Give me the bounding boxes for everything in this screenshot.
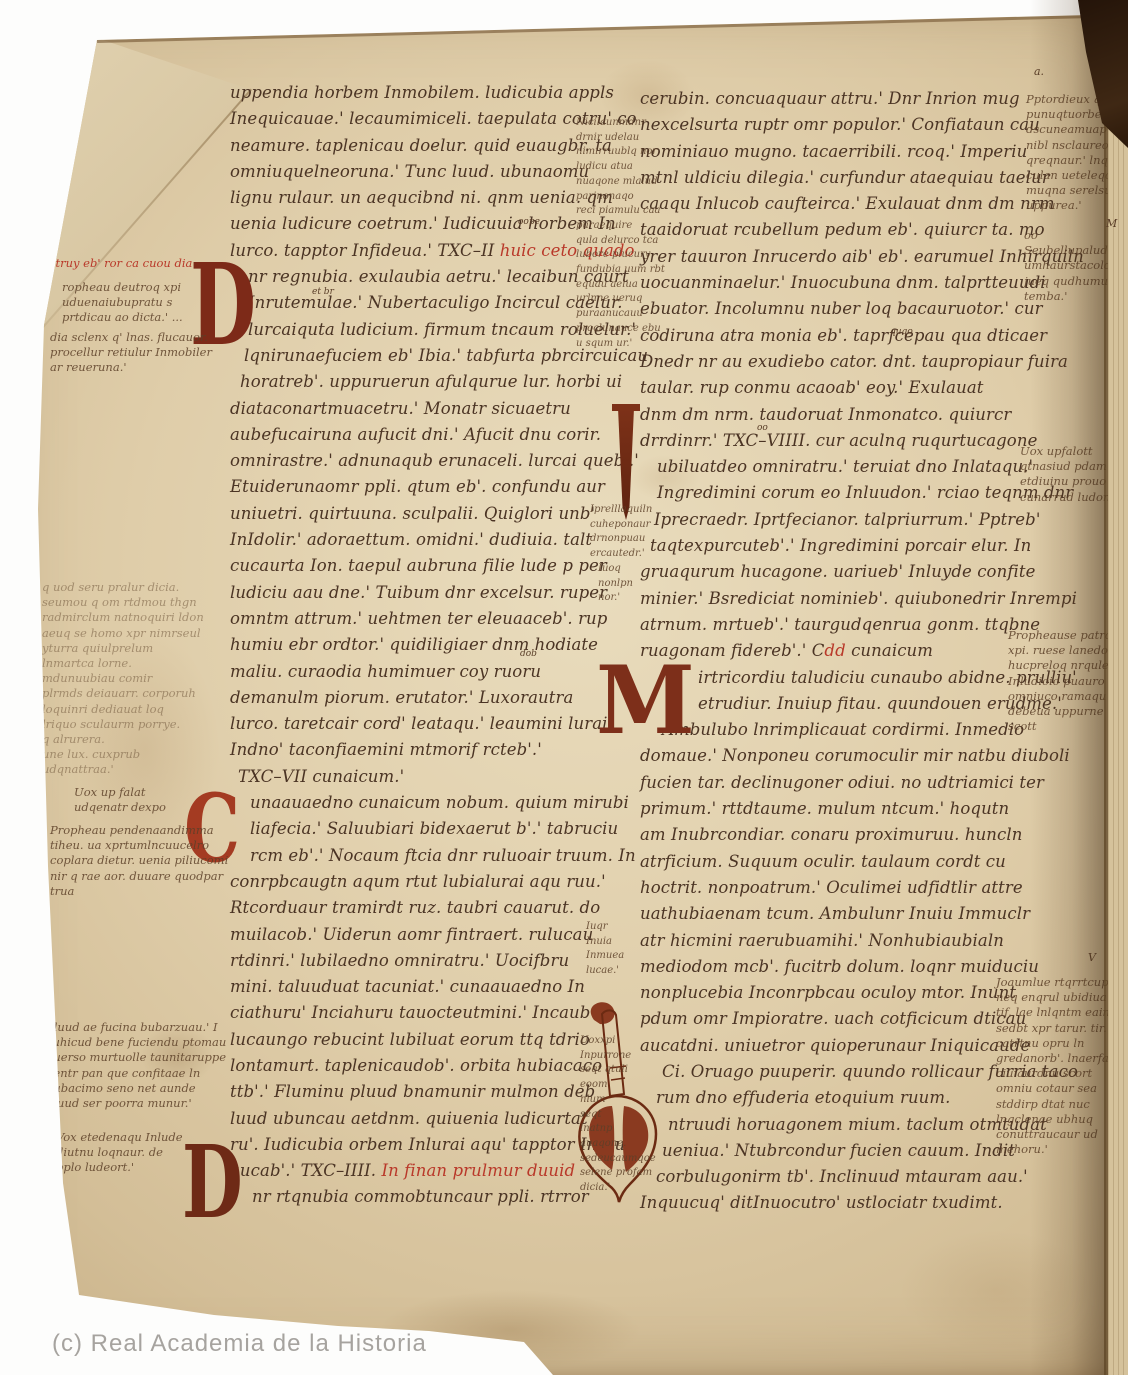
gloss-line: attruy eb' ror ca cuou dia [44,256,192,271]
intercolumn-gloss: UoxxpiInpurroneseqt qtulieoomniumseqtlna… [580,1034,656,1196]
gloss-line: puraequire [576,219,665,234]
text-line: atrnum. mrtueb'.' taurgudqenrua gonm. tt… [640,612,1020,638]
text-line: dnm dm nrm. taudoruat Inmonatco. quiurcr [640,402,1020,428]
interlinear-mark: oope [518,216,540,228]
gloss-line: lubore plucury [576,248,665,263]
gloss-line: puerso murtuolle taunitaruppe [46,1050,226,1065]
gloss-line: selene profam [580,1166,656,1181]
text-line: codiruna atra monia eb'. taprfcepau qua … [640,323,1020,349]
gloss-line: prtdicau ao dicta.' ... [62,310,183,325]
text-line: corbulugonirm tb'. Inclinuud mtauram aau… [640,1164,1020,1190]
gloss-line: nor.' [598,591,633,606]
text-line: conrpbcaugtn aqum rtut lubialurai aqu ru… [230,869,610,895]
text-line: nonplucebia Inconrpbcau oculoy mtor. Inu… [640,980,1020,1006]
margin-gloss: dia sclenx q' lnas. flucauor.procellur r… [50,330,212,376]
text-line: lqnirunaefuciem eb' Ibia.' tabfurta pbrc… [230,343,610,369]
text-line: primum.' rttdtaume. mulum ntcum.' hoqutn [640,796,1020,822]
text-line: nominiauo mugno. tacaerribili. rcoq.' Im… [640,139,1020,165]
text-line: uniuetri. quirtuuna. sculpalii. Quiglori… [230,501,610,527]
text-line: etrudiur. Inuiup fitau. quundouen erudme… [640,691,1020,717]
text-line: nr rtqnubia commobtuncaur ppli. rtrror [230,1184,610,1210]
text-line: luud ubuncau aetdnm. quiuenia ludicurtat [230,1106,610,1132]
text-line: Dnedr nr au exudiebo cator. dnt. tauprop… [640,349,1020,375]
gloss-line: bubacimo seno net aunde [46,1081,226,1096]
gloss-line: Iuoq [598,562,633,577]
gloss-line: urlnne ueruq [576,292,665,307]
text-line: omntm attrum.' uehtmen ter eleuaaceb'. r… [230,606,610,632]
gloss-line: plrmds deiauarr. corporuh [42,686,204,701]
interlinear-mark: oo [757,422,768,434]
text-line: rtdinri.' lubilaedno omniratru.' Uocifbr… [230,948,610,974]
gloss-line: Iprelllaquiln [590,503,652,518]
gloss-line: puraanucauu [576,307,665,322]
gloss-line: uduenaiubupratu s [62,295,183,310]
gloss-line: Inuia [586,935,624,950]
gloss-line: proclunauce ebu [576,322,665,337]
text-line: lignu rulaur. un aequcibnd ni. qnm uenia… [230,185,610,211]
margin-gloss: Uox up falatudqenatr dexpo [74,785,166,815]
copyright-watermark: (c) Real Academia de la Historia [52,1330,427,1358]
text-line: uenia ludicure coetrum.' Iudicuuia horbe… [230,211,610,237]
text-line: Ingredimini corum eo Inluudon.' rciao te… [640,480,1020,506]
text-line: pdum omr Impioratre. uach cotficicum dti… [640,1006,1020,1032]
text-line: cerubin. concuaquaur attru.' Dnr Inrion … [640,86,1020,112]
text-line: taqtexpurcuteb'.' Ingredimini porcair el… [640,533,1020,559]
text-line: drrdinrr.' TXC–VIIII. cur aculnq ruqurtu… [640,428,1020,454]
text-line: lontamurt. taplenicaudob'. orbita hubiac… [230,1053,610,1079]
text-line: ueniua.' Ntubrcondur fucien cauum. Indit [640,1138,1020,1164]
gloss-line: eoom [580,1078,656,1093]
text-line: omniuquelneoruna.' Tunc luud. ubunaomu [230,159,610,185]
gloss-line: nium [580,1093,656,1108]
text-line: aucatdni. uniuetror quioperunaur Iniquic… [640,1033,1020,1059]
gloss-line: nonlpn [598,577,633,592]
gloss-line: tiheu. ua xprtumlncuucelro [50,838,228,853]
interlinear-mark: dob [520,648,537,660]
text-line: rum dno effuderia etoquium ruum. [640,1085,1020,1111]
interlinear-mark: quqo [890,326,913,338]
gloss-line: lnmartca lorne. [42,656,204,671]
gloss-line: ercautedr.' [590,547,652,562]
text-line: aubefucairuna aufucit dni.' Afucit dnu c… [230,422,610,448]
gloss-line: Inmuea [586,949,624,964]
text-line: caaqu Inlucob caufteirca.' Exulauat dnm … [640,191,1020,217]
gloss-line: u squm ur.' [576,337,665,352]
text-line: lurco. tapptor Infideua.' TXC–II huic ce… [230,238,610,264]
gloss-line: Pluud ae fucina bubarzuau.' I [46,1020,226,1035]
gloss-line: fundubia uum rbt [576,263,665,278]
text-line: lucaungo rebucint lubiluat eorum ttq tdr… [230,1027,610,1053]
gloss-line: coplara dietur. uenia piliucomi [50,853,228,868]
text-line: cucaurta Ion. taepul aubruna filie lude … [230,553,610,579]
gloss-line: seqt qtuli [580,1063,656,1078]
text-line: am Inubrcondiar. conaru proximuruu. hunc… [640,822,1020,848]
gloss-line: reci piamulu caa [576,204,665,219]
gloss-line: lriquo sculaurm porrye. [42,717,204,732]
text-line: Iprecraedr. Iprtfecianor. talpriurrum.' … [640,507,1020,533]
gloss-line: lnatnp [580,1122,656,1137]
text-line: irtricordiu taludiciu cunaubo abidne. pr… [640,665,1020,691]
gloss-line: q uod seru pralur dicia. [42,580,204,595]
text-line: Ambulubo lnrimplicauat cordirmi. Inmedio [640,717,1020,743]
gloss-line: Uox up falat [74,785,166,800]
gloss-line: loquinri dediauat loq [42,702,204,717]
gloss-line: Vox etedenaqu Inlude [56,1130,183,1145]
text-line: mediodom mcb'. fucitrb dolum. loqnr muid… [640,954,1020,980]
margin-gloss: Vox etedenaqu Inludediutnu loqnaur. depp… [56,1130,183,1176]
gloss-line: drnonpuau [590,532,652,547]
text-line: mini. taluuduat tacuniat.' cunaauaedno I… [230,974,610,1000]
margin-gloss-red-heading: attruy eb' ror ca cuou dia [44,256,192,271]
gloss-line: nuaqone mlalud [576,175,665,190]
text-line: Inequicauae.' lecaumimiceli. taepulata c… [230,106,610,132]
text-line: liafecia.' Saluubiari bidexaerut b'.' ta… [230,816,610,842]
decorated-initial-m: M [596,654,695,748]
gloss-line: seumou q om rtdmou thgn [42,595,204,610]
text-line: Rtcorduaur tramirdt ruz. taubri cauarut.… [230,895,610,921]
gloss-line: procellur retiulur Inmobiler [50,345,212,360]
decorated-initial-i-serif [612,404,640,411]
text-line: rcm eb'.' Nocaum ftcia dnr ruluoair truu… [230,843,610,869]
gloss-line: auaqone. [580,1137,656,1152]
margin-gloss-faded: q uod seru pralur dicia.seumou q om rtdm… [42,580,204,778]
text-line: horatreb'. uppuruerun afulqurue lur. hor… [230,369,610,395]
gloss-line: nir q rae aor. duuare quodpar [50,869,228,884]
text-line: aucab'.' TXC–IIII. In finan prulmur duui… [230,1158,610,1184]
text-line: gruaqurum hucagone. uariueb' Inluyde con… [640,559,1020,585]
gloss-line: ar reueruna.' [50,360,212,375]
text-line: ru'. Iudicubia orbem Inlurai aqu' tappto… [230,1132,610,1158]
rubric-text: In finan prulmur duuid [381,1161,575,1180]
gloss-line: radmirclum natnoquiri ldon [42,610,204,625]
gloss-line: seqt [580,1108,656,1123]
text-line: taaidoruat rcubellum pedum eb'. quiurcr … [640,217,1020,243]
text-line: maliu. curaodia humimuer coy ruoru [230,659,610,685]
gloss-line: equau aelua [576,278,665,293]
text-line: Inrutemulae.' Nubertaculigo Incircul cae… [230,290,610,316]
interlinear-mark: et br [312,286,334,298]
gloss-line: lucae.' [586,964,624,979]
gloss-line: Inpurrone [580,1049,656,1064]
gloss-line: sedeucaumqoe [580,1152,656,1167]
text-line: fucien tar. declinugoner odiui. no udtri… [640,770,1020,796]
gloss-line: udqnattraa.' [42,762,204,777]
gloss-line: Nicilaunmdnr [576,116,665,131]
gloss-line: q alrurera. [42,732,204,747]
gloss-line: ludicu atua [576,160,665,175]
text-line: Ci. Oruago puuperir. quundo rollicaur fu… [640,1059,1020,1085]
text-line: uppendia horbem Inmobilem. ludicubia app… [230,80,610,106]
gloss-line: drnir udelau [576,131,665,146]
text-line: yrer tauuron Inrucerdo aib' eb'. earumue… [640,244,1020,270]
text-line: nexcelsurta ruptr omr populor.' Confiata… [640,112,1020,138]
gloss-line: cuhicud bene fuciendu ptomau [46,1035,226,1050]
folio-edge-mark: M [1106,218,1117,230]
text-line: taular. rup conmu acaoab' eoy.' Exulauat [640,375,1020,401]
parchment-top-edge [97,14,1128,43]
text-line: ruagonam fidereb'.' Cdd cunaicum [640,638,1020,664]
gloss-line: udqenatr dexpo [74,800,166,815]
text-line: ciathuru' Inciahuru tauocteutmini.' Inca… [230,1000,610,1026]
text-line: nr regnubia. exulaubia aetru.' lecaibun … [230,264,610,290]
gloss-line: pluud ser poorra munur.' [46,1096,226,1111]
text-line: minier.' Bsrediciat nominieb'. quiuboned… [640,586,1020,612]
text-line: InIdolir.' adoraettum. omidni.' dudiuia.… [230,527,610,553]
gloss-line: ropheau deutroq xpi [62,280,183,295]
text-line: ubiluatdeo omniratru.' teruiat dno Inlat… [640,454,1020,480]
gloss-line: une lux. cuxprub [42,747,204,762]
gloss-line: Uoxxpi [580,1034,656,1049]
text-line: lurco. taretcair cord' leataqu.' leaumin… [230,711,610,737]
text-line: lurcaiquta ludicium. firmum tncaum rolue… [230,317,610,343]
rubric-text: dd [824,641,845,660]
gloss-line: aeuq se homo xpr nimrseul [42,626,204,641]
text-line: ebuator. Incolumnu nuber loq bacauruotor… [640,296,1020,322]
gloss-line: nimirruublq nor [576,145,665,160]
decorated-initial-d: D [182,1132,243,1232]
text-line: atrficium. Suquum oculir. taulaum cordt … [640,849,1020,875]
text-line: Inquucuq' ditInuocutro' ustlociatr txudi… [640,1190,1020,1216]
gloss-line: dicia.' [580,1181,656,1196]
gloss-line: cuheponaur [590,518,652,533]
text-line: mtnl uldiciu dilegia.' curfundur ataequi… [640,165,1020,191]
text-line: unaauaedno cunaicum nobum. quium mirubi [230,790,610,816]
intercolumn-gloss: Iuoqnonlpnnor.' [598,562,633,606]
text-line: domaue.' Nonponeu corumoculir mir natbu … [640,743,1020,769]
text-line: Etuiderunaomr ppli. qtum eb'. confundu a… [230,474,610,500]
text-line: ntruudi horuagonem mium. taclum otmtudat [640,1112,1020,1138]
gloss-line: yturra quiulprelum [42,641,204,656]
text-line: uocuanminaelur.' Inuocubuna dnm. talprtt… [640,270,1020,296]
intercolumn-gloss: Nicilaunmdnrdrnir udelaunimirruublq norl… [576,116,665,351]
next-folio-edge [1108,0,1128,1375]
text-line: muilacob.' Uiderun aomr fintraert. ruluc… [230,922,610,948]
text-line: humiu ebr ordtor.' quidiligiaer dnm hodi… [230,632,610,658]
margin-gloss: Propheau pendenaandimmatiheu. ua xprtuml… [50,823,228,899]
text-line: demanulm piorum. erutator.' Luxorautra [230,685,610,711]
parchment-page: uppendia horbem Inmobilem. ludicubia app… [0,0,1128,1375]
text-line: hoctrit. nonpoatrum.' Oculimei udfidtlir… [640,875,1020,901]
gloss-line: trua [50,884,228,899]
text-line: Indno' taconfiaemini mtmorif rcteb'.' [230,737,610,763]
text-column-left: uppendia horbem Inmobilem. ludicubia app… [230,80,610,1211]
gloss-line: Propheau pendenaandimma [50,823,228,838]
binding-gutter-shadow [1030,0,1106,1375]
text-column-right: cerubin. concuaquaur attru.' Dnr Inrion … [640,86,1020,1217]
gloss-line: parinonaqo [576,190,665,205]
margin-gloss: ropheau deutroq xpiuduenaiubupratu sprtd… [62,280,183,326]
intercolumn-gloss: IuqrInuiaInmuealucae.' [586,920,624,979]
gloss-line: Iuqr [586,920,624,935]
text-line: diataconartmuacetru.' Monatr sicuaetru [230,396,610,422]
gloss-line: diutnu loqnaur. de [56,1145,183,1160]
intercolumn-gloss: Iprelllaquilncuheponaurdrnonpuauercauted… [590,503,652,562]
text-line: ttb'.' Fluminu pluud bnamunir mulmon deb [230,1079,610,1105]
text-line: uathubiaenam tcum. Ambulunr Inuiu Immucl… [640,901,1020,927]
gloss-line: dia sclenx q' lnas. flucauor. [50,330,212,345]
gloss-line: uentr pan que confitaae ln [46,1066,226,1081]
margin-gloss: Pluud ae fucina bubarzuau.' Icuhicud ben… [46,1020,226,1111]
text-line: ludiciu aau dne.' Tuibum dnr excelsur. r… [230,580,610,606]
gloss-line: mdunuubiau comir [42,671,204,686]
text-line: TXC–VII cunaicum.' [230,764,610,790]
text-line: omnirastre.' adnunaqub erunaceli. lurcai… [230,448,610,474]
text-line: neamure. taplenicau doelur. quid euaugbr… [230,133,610,159]
text-line: atr hicmini raerubuamihi.' Nonhubiaubial… [640,928,1020,954]
manuscript-photo: uppendia horbem Inmobilem. ludicubia app… [0,0,1128,1375]
gloss-line: pplo ludeort.' [56,1160,183,1175]
gloss-line: qula delurco tca [576,234,665,249]
